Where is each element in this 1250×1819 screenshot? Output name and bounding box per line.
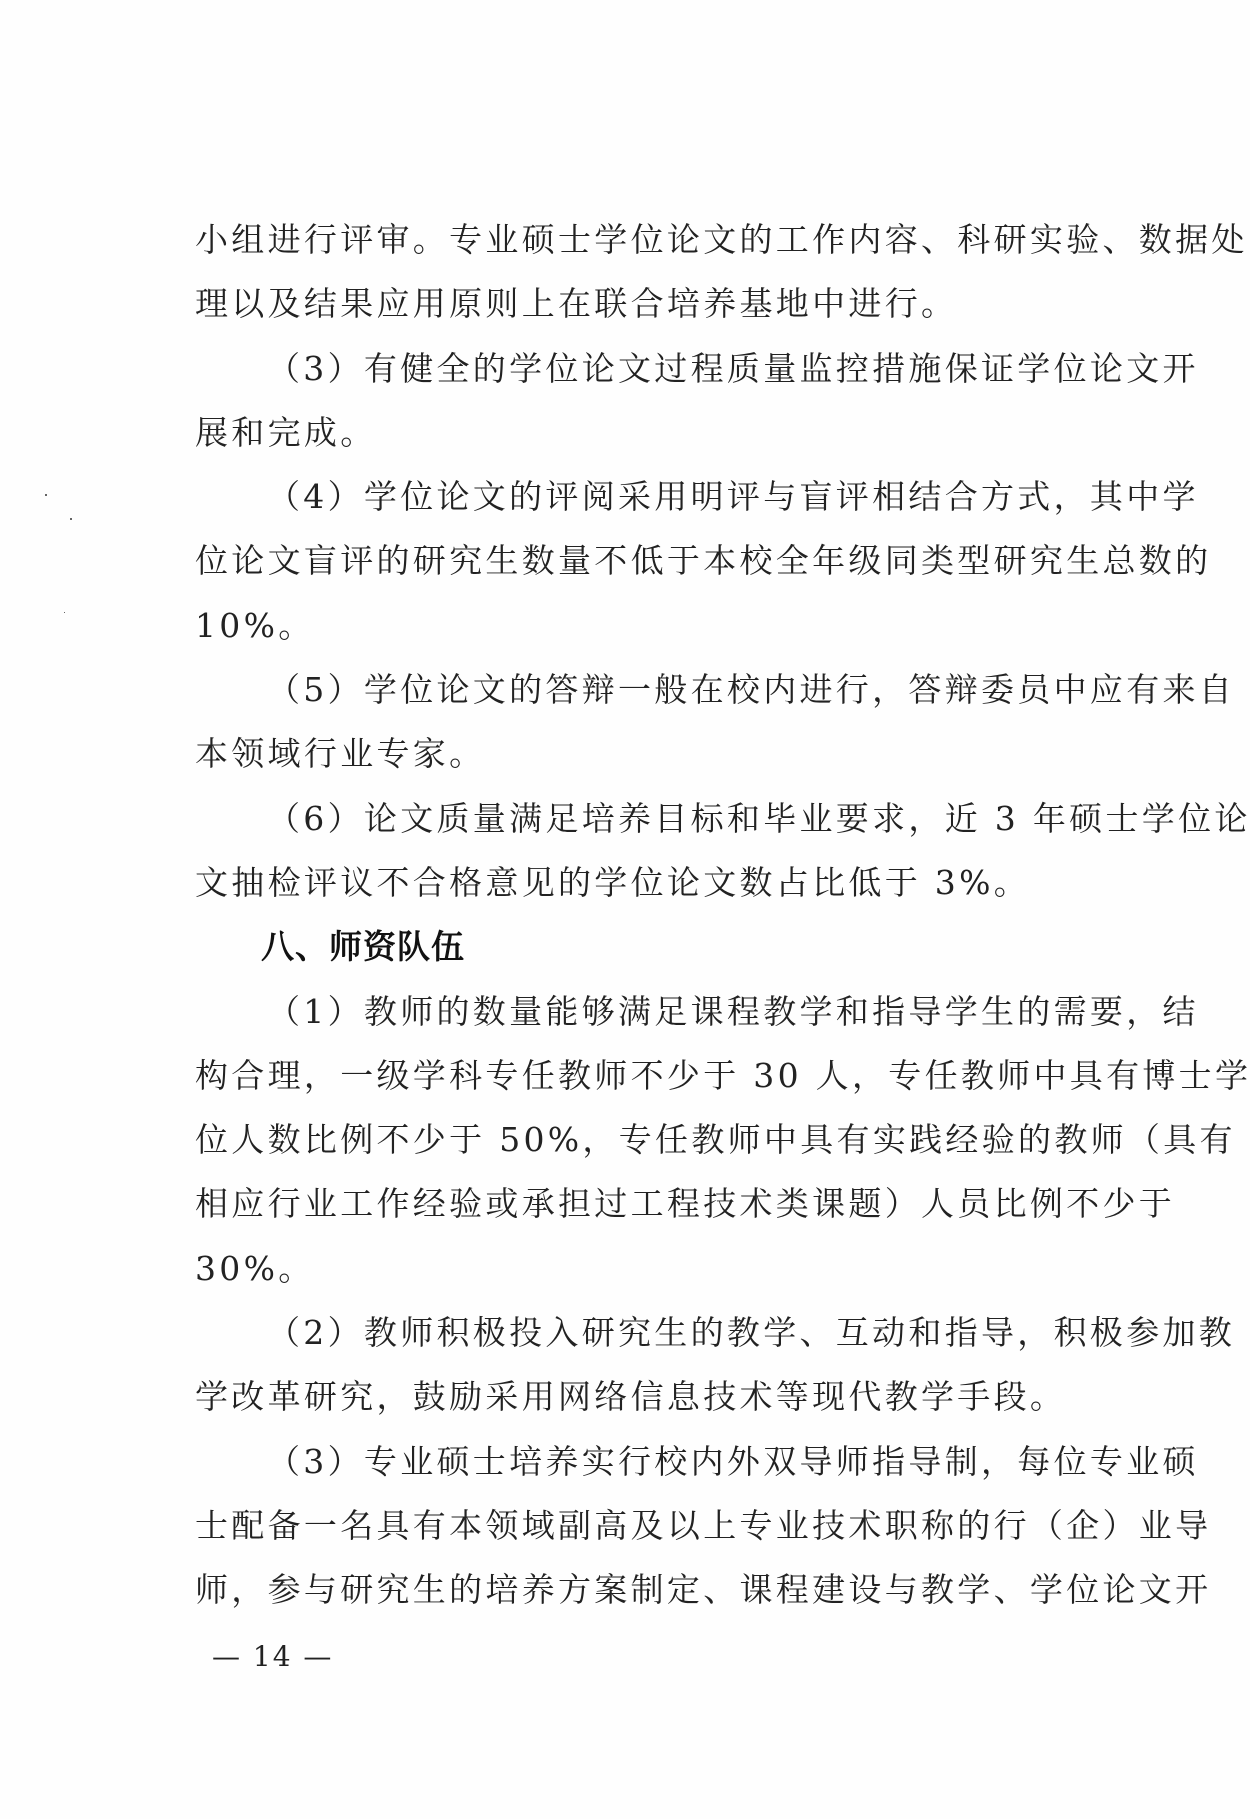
paragraph-start: （3）专业硕士培养实行校内外双导师指导制，每位专业硕 bbox=[195, 1430, 1139, 1494]
text-line: 学改革研究，鼓励采用网络信息技术等现代教学手段。 bbox=[195, 1365, 1139, 1429]
paragraph-start: （6）论文质量满足培养目标和毕业要求，近 3 年硕士学位论 bbox=[195, 787, 1139, 851]
text-line: 构合理，一级学科专任教师不少于 30 人，专任教师中具有博士学 bbox=[195, 1044, 1139, 1108]
text-line: 理以及结果应用原则上在联合培养基地中进行。 bbox=[195, 272, 1139, 336]
text-line: 位人数比例不少于 50%，专任教师中具有实践经验的教师（具有 bbox=[195, 1108, 1139, 1172]
text-line: 师，参与研究生的培养方案制定、课程建设与教学、学位论文开 bbox=[195, 1558, 1139, 1622]
section-heading: 八、师资队伍 bbox=[195, 915, 1139, 979]
scan-speck bbox=[45, 494, 47, 496]
text-line: 展和完成。 bbox=[195, 401, 1139, 465]
body-text: 小组进行评审。专业硕士学位论文的工作内容、科研实验、数据处 理以及结果应用原则上… bbox=[195, 208, 1139, 1623]
text-line: 相应行业工作经验或承担过工程技术类课题）人员比例不少于 bbox=[195, 1172, 1139, 1236]
text-line: 位论文盲评的研究生数量不低于本校全年级同类型研究生总数的 bbox=[195, 529, 1139, 593]
text-line: 小组进行评审。专业硕士学位论文的工作内容、科研实验、数据处 bbox=[195, 208, 1139, 272]
paragraph-start: （5）学位论文的答辩一般在校内进行，答辩委员中应有来自 bbox=[195, 658, 1139, 722]
text-line: 士配备一名具有本领域副高及以上专业技术职称的行（企）业导 bbox=[195, 1494, 1139, 1558]
paragraph-start: （4）学位论文的评阅采用明评与盲评相结合方式，其中学 bbox=[195, 465, 1139, 529]
text-line: 10%。 bbox=[195, 594, 1139, 658]
paragraph-start: （3）有健全的学位论文过程质量监控措施保证学位论文开 bbox=[195, 337, 1139, 401]
paragraph-start: （2）教师积极投入研究生的教学、互动和指导，积极参加教 bbox=[195, 1301, 1139, 1365]
document-page: 小组进行评审。专业硕士学位论文的工作内容、科研实验、数据处 理以及结果应用原则上… bbox=[0, 0, 1250, 1819]
paragraph-start: （1）教师的数量能够满足课程教学和指导学生的需要，结 bbox=[195, 980, 1139, 1044]
text-line: 文抽检评议不合格意见的学位论文数占比低于 3%。 bbox=[195, 851, 1139, 915]
scan-speck bbox=[64, 612, 65, 613]
text-line: 本领域行业专家。 bbox=[195, 722, 1139, 786]
scan-speck bbox=[70, 518, 72, 520]
page-number: — 14 — bbox=[212, 1640, 333, 1673]
text-line: 30%。 bbox=[195, 1237, 1139, 1301]
